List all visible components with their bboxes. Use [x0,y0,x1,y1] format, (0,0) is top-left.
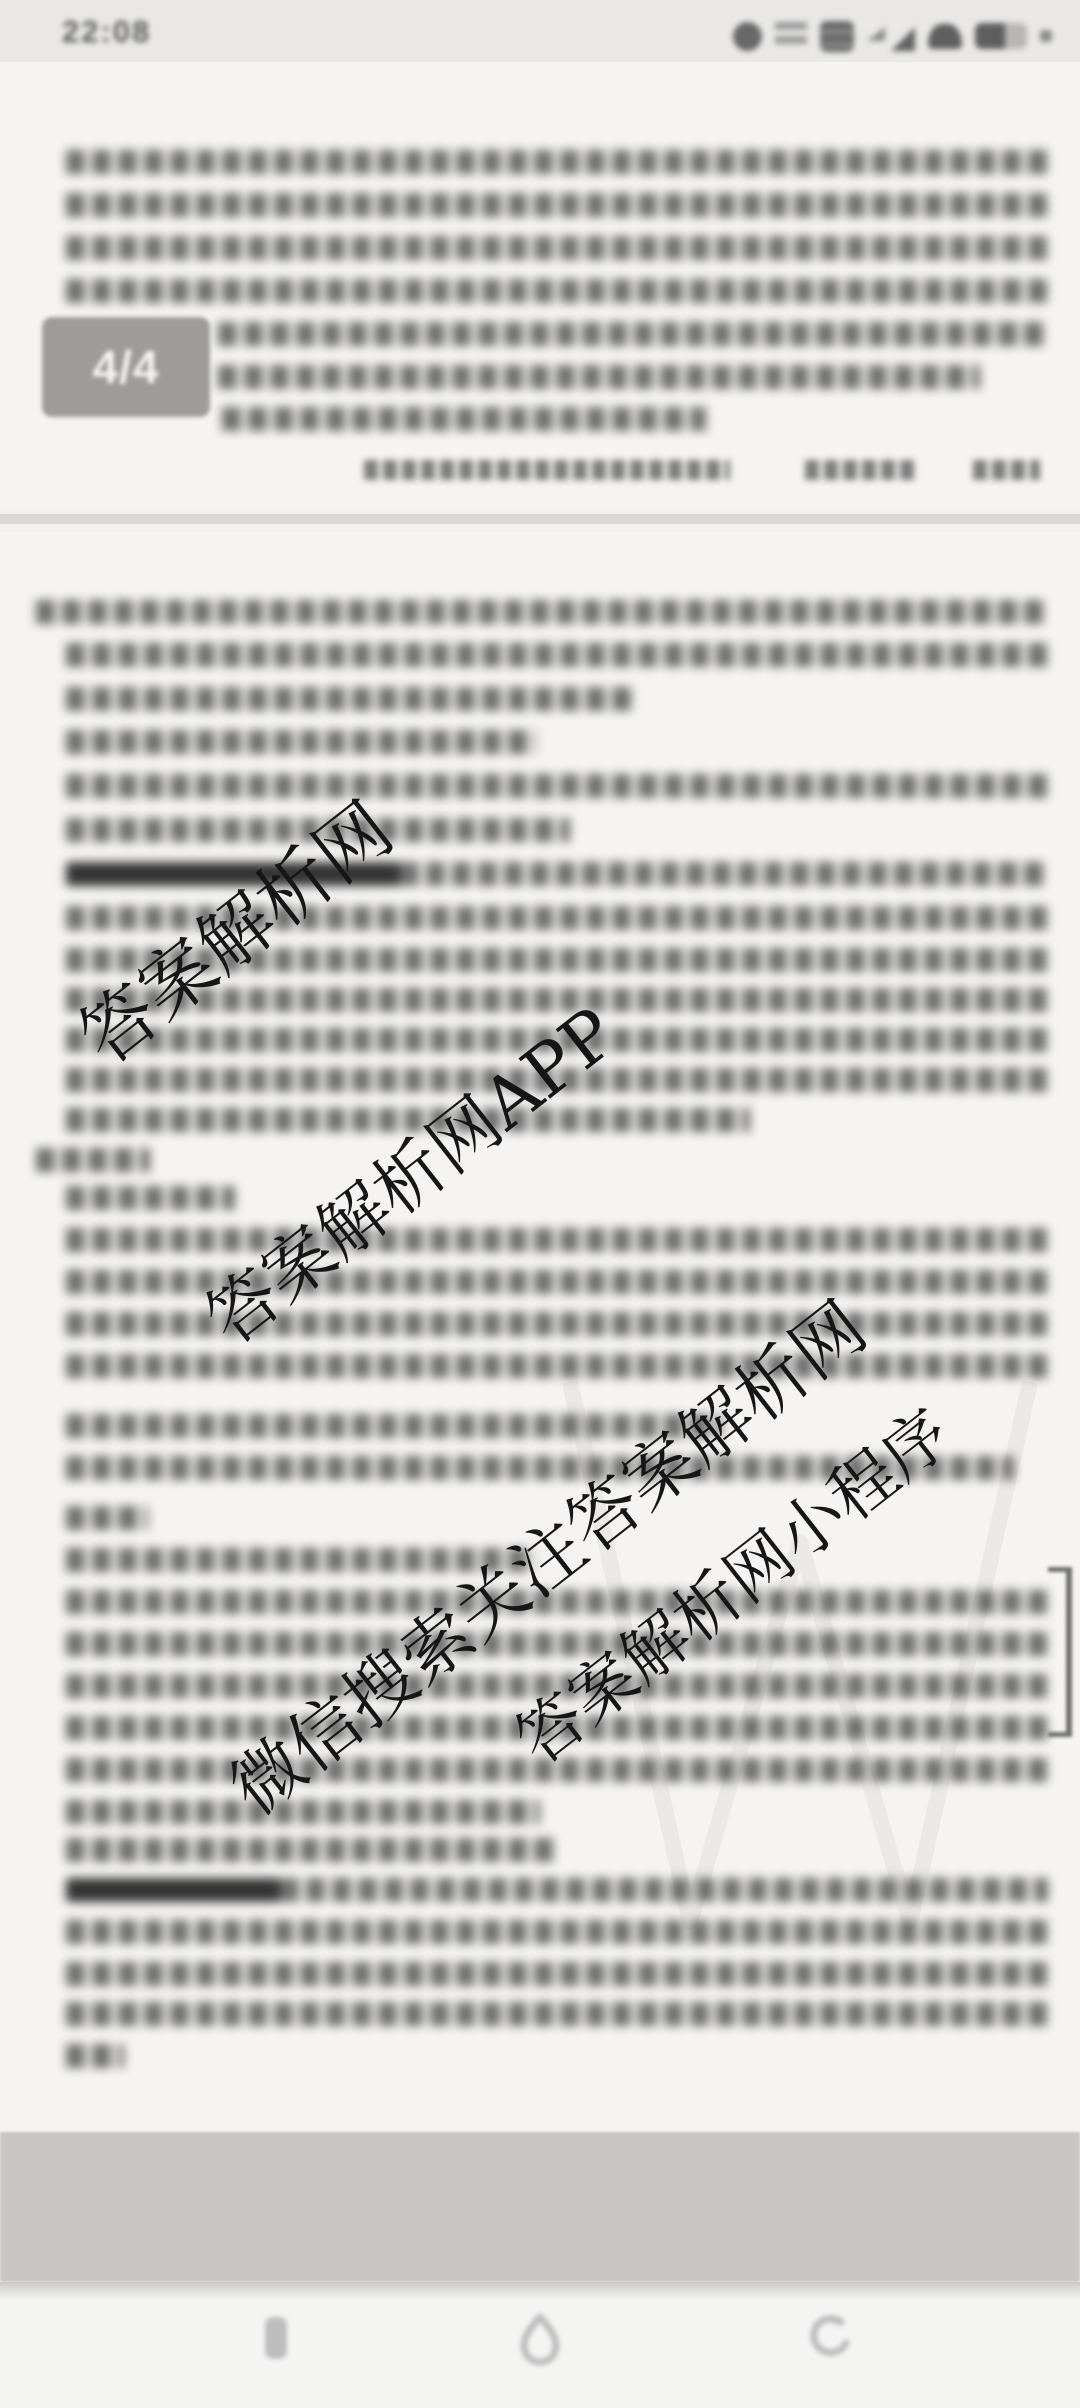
clock-text: 22:08 [62,14,151,50]
home-button[interactable] [512,2310,568,2366]
blurred-text-line [66,687,632,711]
home-icon [512,2310,568,2366]
notification-dot-icon [733,22,762,51]
blurred-text-line [66,1354,1048,1378]
blurred-footer-text [805,460,917,480]
end-of-document-band [0,2132,1080,2282]
blurred-text-line [66,1838,556,1862]
dual-signal-icon [867,21,915,51]
wifi-icon [928,24,962,49]
blurred-text-line [66,236,1048,260]
back-button[interactable] [800,2310,856,2366]
blurred-text-line [66,279,1048,303]
blurred-text-line [66,2002,1048,2026]
navigation-bar [0,2282,1080,2408]
blurred-footer-text [973,460,1040,480]
blurred-text-line [66,1878,1048,1902]
blurred-text-line [66,774,1048,798]
status-bar: 22:08 [0,0,1080,62]
hd-volte-icon [775,22,807,50]
blurred-text-line [66,1506,148,1530]
blurred-text-line [66,1962,1048,1986]
back-icon [800,2310,856,2366]
page-indicator-badge: 4/4 [42,317,210,417]
blurred-text-line [66,730,536,754]
document-viewport[interactable]: 4/4 答案解析网 答案解析网APP 微信搜索关注答案解析网 答案解析网小程序 [0,62,1080,2132]
recents-button[interactable] [248,2310,304,2366]
blurred-text-line [218,365,980,389]
battery-icon [975,23,1027,49]
blurred-text-line [66,2044,124,2068]
blurred-text-line [66,1920,1048,1944]
blurred-text-line [218,322,1048,346]
blurred-text-line [36,600,1048,624]
blurred-text-line [66,1228,1048,1252]
phone-screen: { "status_bar": { "time": "22:08", "icon… [0,0,1080,2408]
blurred-text-line [66,643,1048,667]
blurred-text-line [222,407,706,431]
blurred-text-line [66,193,1048,217]
page-indicator-label: 4/4 [93,340,160,394]
blurred-text-line [66,1632,1048,1656]
sim-card-icon [820,21,854,52]
page-divider [0,510,1080,532]
scrollbar-indicator[interactable] [1048,1567,1072,1737]
blurred-footer-text [364,460,730,480]
status-icons [733,20,1052,52]
battery-plus-icon [1040,30,1052,42]
blurred-text-line [36,1148,150,1172]
blurred-text-line [66,150,1048,174]
blurred-text-line [66,1186,235,1210]
recents-icon [248,2310,304,2366]
